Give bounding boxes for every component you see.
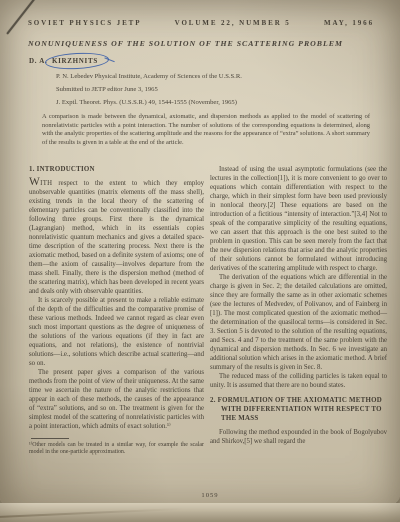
paragraph-initial-caps: ITH [40, 180, 52, 187]
author-line: D. A. KIRZHNITS [29, 57, 100, 65]
author-initials: D. A. [29, 57, 47, 65]
intro-paragraph-1: WITH respect to the extent to which they… [29, 178, 204, 296]
left-column: 1. INTRODUCTION WITH respect to the exte… [29, 165, 204, 457]
footnote-text: ¹⁾Other models can be treated in a simil… [29, 442, 204, 457]
article-title: NONUNIQUENESS OF THE SOLUTION OF THE SCA… [28, 39, 388, 48]
citation-line: J. Exptl. Theoret. Phys. (U.S.S.R.) 49, … [56, 99, 376, 106]
submission-line: Submitted to JETP editor June 3, 1965 [56, 86, 376, 93]
footnote-rule [31, 438, 69, 439]
abstract: A comparison is made between the dynamic… [42, 113, 370, 148]
intro-paragraph-3: The present paper gives a comparison of … [29, 368, 204, 431]
pencil-mark-annotation [6, 0, 38, 35]
section-heading-formulation: 2. FORMULATION OF THE AXIOMATIC METHOD W… [210, 396, 387, 423]
paragraph-initial-letter: W [29, 176, 40, 188]
page-number: 1059 [30, 492, 390, 499]
author-surname-text: KIRZHNITS [52, 57, 98, 65]
section-heading-introduction: 1. INTRODUCTION [29, 165, 204, 174]
paragraph-text: respect to the extent to which they empl… [29, 180, 204, 295]
author-surname: KIRZHNITS [50, 57, 100, 65]
right-column: Instead of using the usual asymptotic fo… [210, 165, 387, 446]
intro-paragraph-2: It is scarcely possible at present to ma… [29, 296, 204, 368]
footnote-block: ¹⁾Other models can be treated in a simil… [29, 438, 204, 457]
right-paragraph-2: The derivation of the equations which ar… [210, 273, 387, 372]
right-paragraph-4: Following the method expounded in the bo… [210, 428, 387, 446]
affiliation-line: P. N. Lebedev Physical Institute, Academ… [56, 73, 376, 80]
right-paragraph-1: Instead of using the usual asymptotic fo… [210, 165, 387, 273]
paper-sheet: SOVIET PHYSICS JETP VOLUME 22, NUMBER 5 … [0, 0, 400, 506]
right-paragraph-3: The reduced mass of the colliding partic… [210, 372, 387, 390]
publication-date: MAY, 1966 [324, 19, 374, 27]
scanned-page-photo: SOVIET PHYSICS JETP VOLUME 22, NUMBER 5 … [0, 0, 400, 522]
journal-name: SOVIET PHYSICS JETP [28, 19, 141, 27]
journal-masthead: SOVIET PHYSICS JETP VOLUME 22, NUMBER 5 … [28, 19, 374, 27]
volume-issue: VOLUME 22, NUMBER 5 [175, 19, 291, 27]
